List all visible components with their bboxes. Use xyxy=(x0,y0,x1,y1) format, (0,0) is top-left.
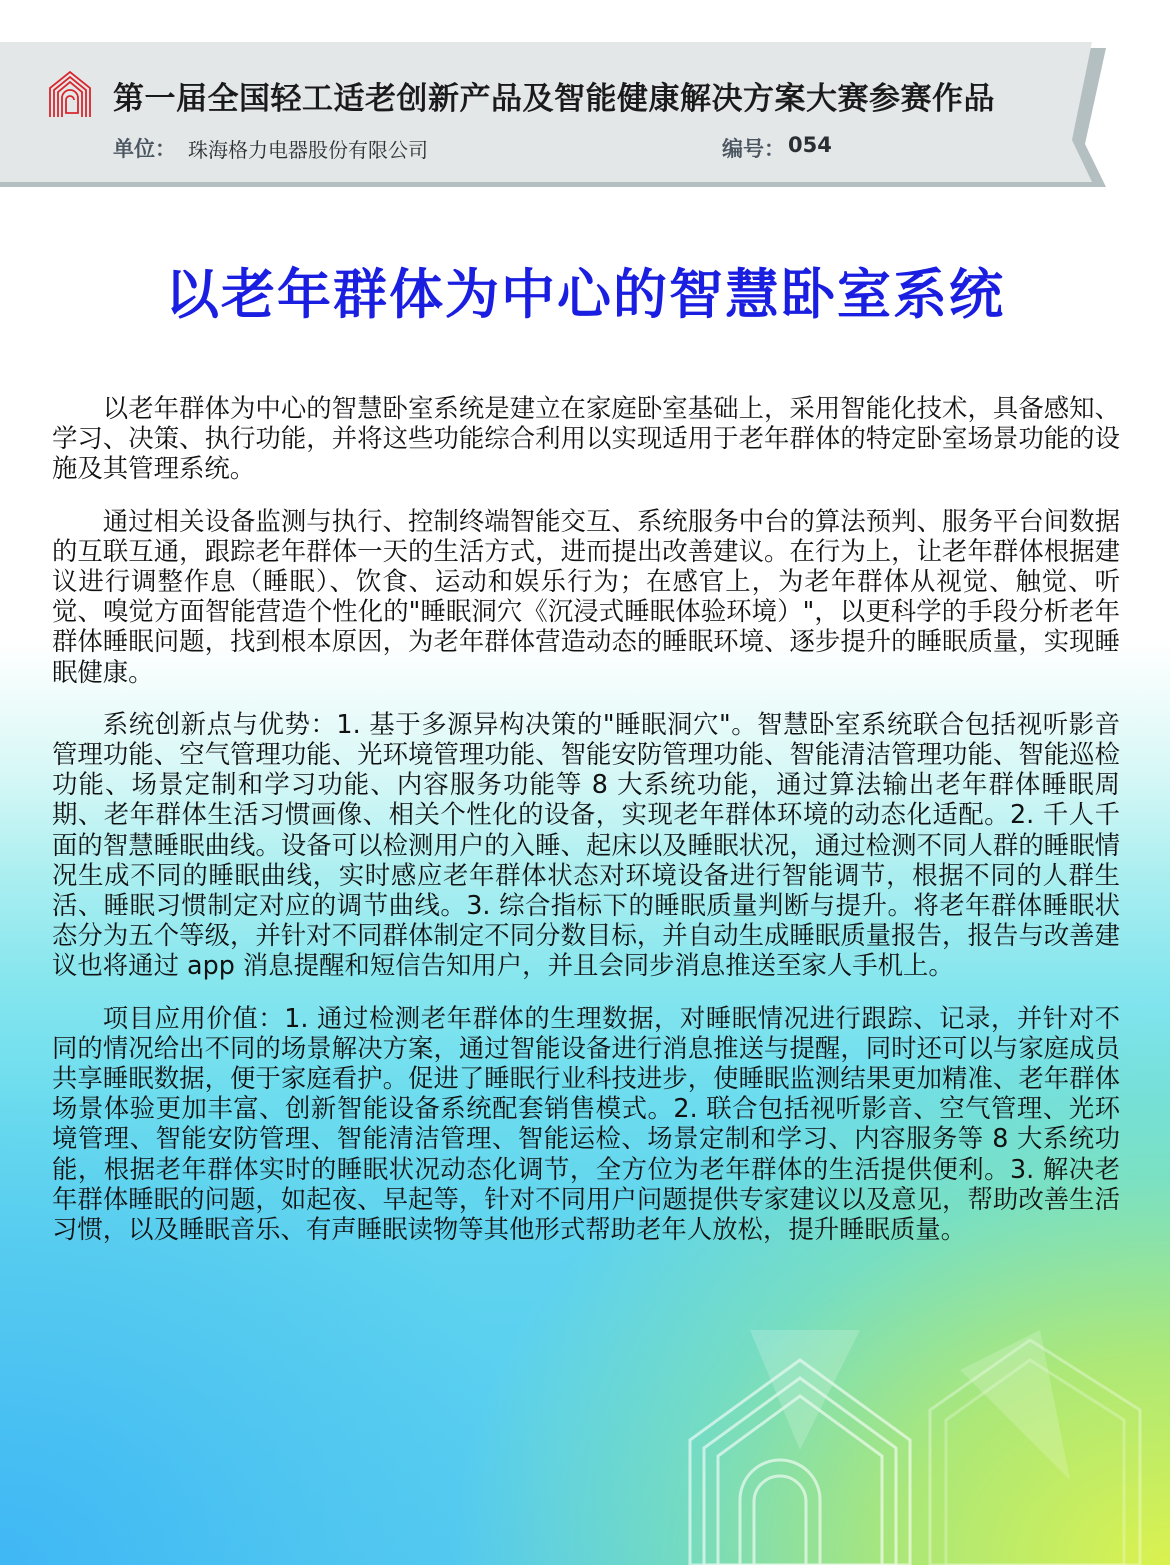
unit-value: 珠海格力电器股份有限公司 xyxy=(188,134,428,163)
house-logo-icon xyxy=(48,70,92,118)
competition-title: 第一届全国轻工适老创新产品及智能健康解决方案大赛参赛作品 xyxy=(113,73,995,118)
paragraph-overview: 通过相关设备监测与执行、控制终端智能交互、系统服务中台的算法预判、服务平台间数据… xyxy=(52,506,1120,687)
document-body: 以老年群体为中心的智慧卧室系统是建立在家庭卧室基础上，采用智能化技术，具备感知、… xyxy=(52,393,1120,1266)
house-outline-pattern-icon xyxy=(600,1330,1170,1565)
entry-number-value: 054 xyxy=(788,133,832,157)
paragraph-innovations: 系统创新点与优势：1. 基于多源异构决策的"睡眠洞穴"。智慧卧室系统联合包括视听… xyxy=(52,709,1120,981)
unit-label: 单位： xyxy=(113,133,176,163)
document-title: 以老年群体为中心的智慧卧室系统 xyxy=(0,252,1170,329)
entry-number-label: 编号： xyxy=(722,133,785,163)
paragraph-application-value: 项目应用价值：1. 通过检测老年群体的生理数据，对睡眠情况进行跟踪、记录，并针对… xyxy=(52,1003,1120,1245)
paragraph-definition: 以老年群体为中心的智慧卧室系统是建立在家庭卧室基础上，采用智能化技术，具备感知、… xyxy=(52,393,1120,484)
